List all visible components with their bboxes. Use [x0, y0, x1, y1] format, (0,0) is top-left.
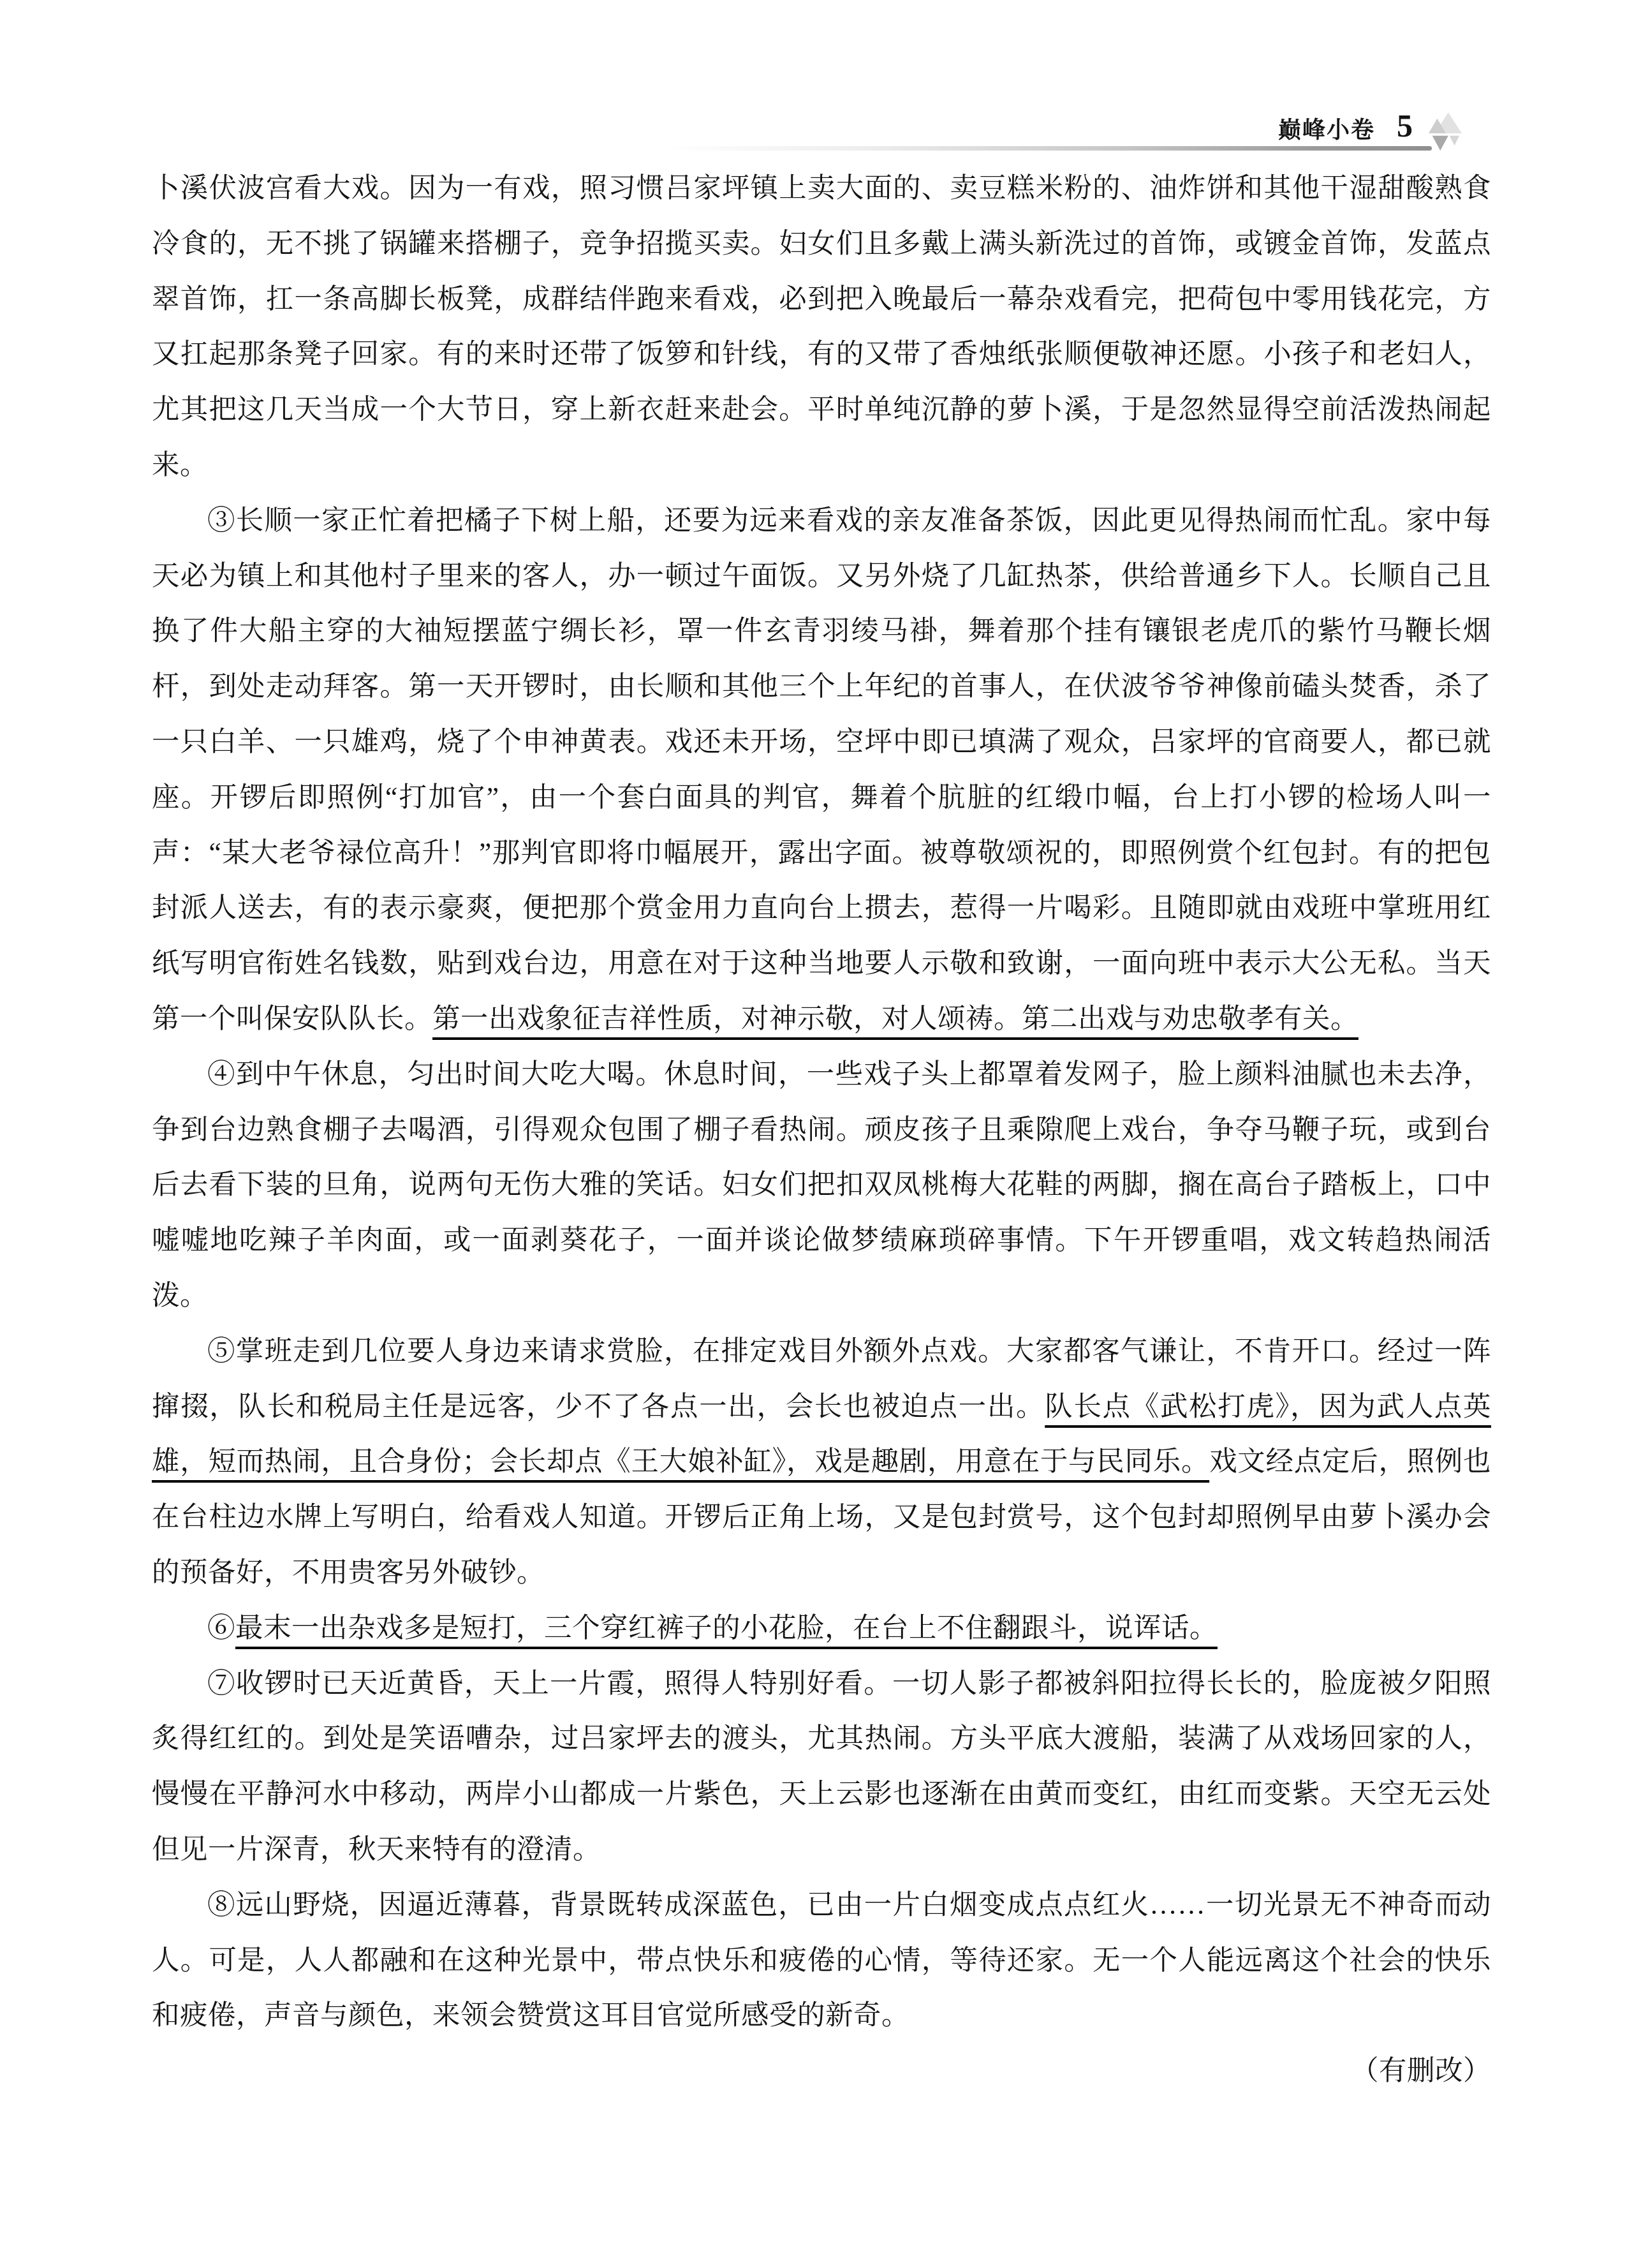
passage-paragraph: ⑦收锣时已天近黄昏，天上一片霞，照得人特别好看。一切人影子都被斜阳拉得长长的，脸… — [152, 1656, 1491, 1878]
underlined-text: 第一出戏象征吉祥性质，对神示敬，对人颂祷。第二出戏与劝忠敬孝有关。 — [432, 1004, 1358, 1034]
passage-body: 卜溪伏波宫看大戏。因为一有戏，照习惯吕家坪镇上卖大面的、卖豆糕米粉的、油炸饼和其… — [152, 161, 1491, 2099]
underlined-text: 最末一出杂戏多是短打，三个穿红裤子的小花脸，在台上不住翻跟斗，说诨话。 — [235, 1613, 1218, 1643]
passage-paragraph: ⑥最末一出杂戏多是短打，三个穿红裤子的小花脸，在台上不住翻跟斗，说诨话。 — [152, 1601, 1491, 1656]
passage-text: ⑦收锣时已天近黄昏，天上一片霞，照得人特别好看。一切人影子都被斜阳拉得长长的，脸… — [152, 1668, 1491, 1865]
passage-text: ⑥ — [207, 1613, 235, 1643]
header-divider — [663, 146, 1432, 151]
passage-text: ③长顺一家正忙着把橘子下树上船，还要为远来看戏的亲友准备茶饭，因此更见得热闹而忙… — [152, 505, 1491, 1034]
passage-paragraph: ⑤掌班走到几位要人身边来请求赏脸，在排定戏目外额外点戏。大家都客气谦让，不肯开口… — [152, 1324, 1491, 1601]
passage-paragraph: ⑧远山野烧，因逼近薄暮，背景既转成深蓝色，已由一片白烟变成点点红火……一切光景无… — [152, 1878, 1491, 2043]
triangle-logo-icon — [1427, 112, 1462, 152]
passage-text: ④到中午休息，匀出时间大吃大喝。休息时间，一些戏子头上都罩着发网子，脸上颜料油腻… — [152, 1059, 1491, 1311]
page-number: 5 — [1397, 107, 1413, 144]
booklet-title: 巅峰小卷 — [1278, 112, 1375, 145]
document-page: 巅峰小卷 5 卜溪伏波宫看大戏。因为一有戏，照习惯吕家坪镇上卖大面的、卖豆糕米粉… — [0, 0, 1627, 2268]
passage-paragraph: 卜溪伏波宫看大戏。因为一有戏，照习惯吕家坪镇上卖大面的、卖豆糕米粉的、油炸饼和其… — [152, 161, 1491, 493]
passage-paragraph: ③长顺一家正忙着把橘子下树上船，还要为远来看戏的亲友准备茶饭，因此更见得热闹而忙… — [152, 493, 1491, 1047]
passage: 卜溪伏波宫看大戏。因为一有戏，照习惯吕家坪镇上卖大面的、卖豆糕米粉的、油炸饼和其… — [152, 161, 1491, 2043]
attribution-note: （有删改） — [152, 2043, 1491, 2099]
passage-text: 卜溪伏波宫看大戏。因为一有戏，照习惯吕家坪镇上卖大面的、卖豆糕米粉的、油炸饼和其… — [152, 173, 1491, 480]
passage-paragraph: ④到中午休息，匀出时间大吃大喝。休息时间，一些戏子头上都罩着发网子，脸上颜料油腻… — [152, 1047, 1491, 1324]
passage-text: ⑧远山野烧，因逼近薄暮，背景既转成深蓝色，已由一片白烟变成点点红火……一切光景无… — [152, 1890, 1491, 2031]
